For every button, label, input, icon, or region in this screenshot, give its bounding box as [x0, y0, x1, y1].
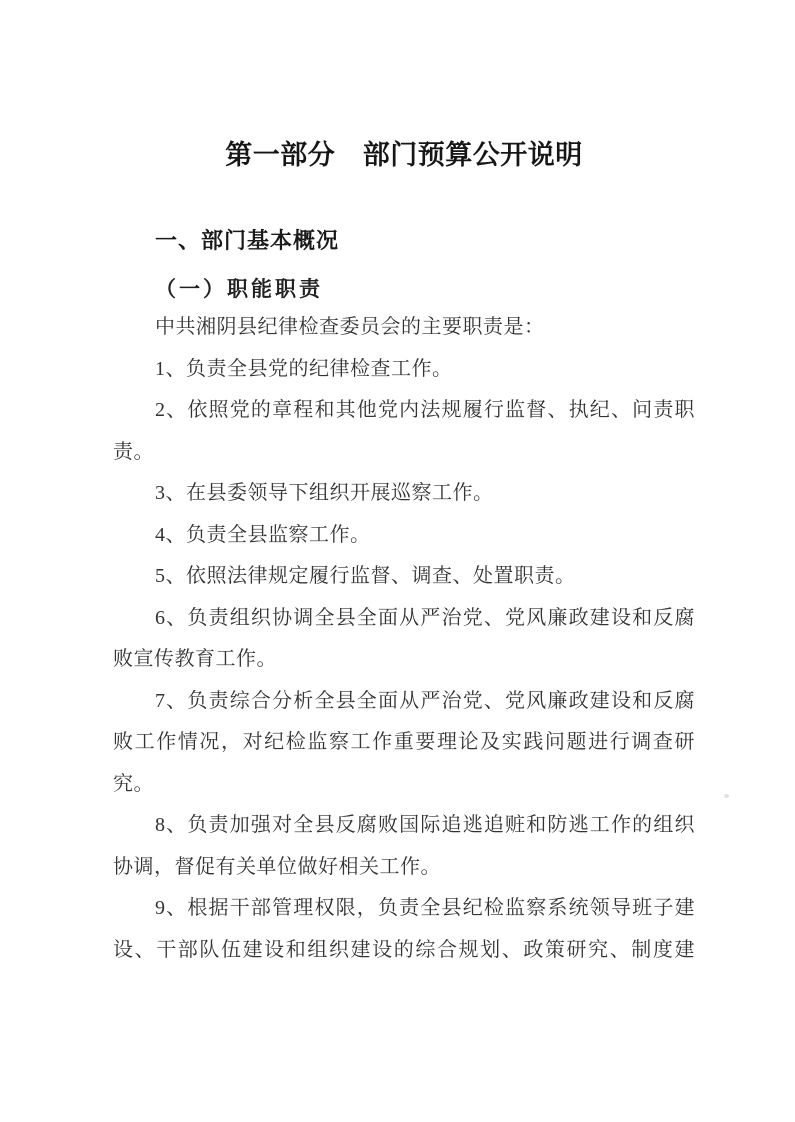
text-line: 3、在县委领导下组织开展巡察工作。: [113, 473, 695, 515]
text-line: 究。: [113, 764, 695, 806]
scan-artifact-dot: [724, 794, 729, 798]
document-content-area: 第一部分 部门预算公开说明 一、部门基本概况 （一）职能职责 中共湘阴县纪律检查…: [0, 0, 695, 971]
list-item-4: 4、负责全县监察工作。: [113, 515, 695, 557]
list-item-2: 2、依照党的章程和其他党内法规履行监督、执纪、问责职 责。: [113, 390, 695, 473]
intro-line: 中共湘阴县纪律检查委员会的主要职责是：: [113, 307, 695, 349]
text-line: 9、根据干部管理权限，负责全县纪检监察系统领导班子建: [113, 888, 695, 930]
text-line: 8、负责加强对全县反腐败国际追逃追赃和防逃工作的组织: [113, 805, 695, 847]
list-item-6: 6、负责组织协调全县全面从严治党、党风廉政建设和反腐 败宣传教育工作。: [113, 598, 695, 681]
list-item-7: 7、负责综合分析全县全面从严治党、党风廉政建设和反腐 败工作情况，对纪检监察工作…: [113, 681, 695, 806]
document-body: 中共湘阴县纪律检查委员会的主要职责是： 1、负责全县党的纪律检查工作。 2、依照…: [113, 307, 695, 971]
document-page: 第一部分 部门预算公开说明 一、部门基本概况 （一）职能职责 中共湘阴县纪律检查…: [0, 0, 795, 1122]
text-line: 6、负责组织协调全县全面从严治党、党风廉政建设和反腐: [113, 598, 695, 640]
text-line: 败宣传教育工作。: [113, 639, 695, 681]
subsection-heading: （一）职能职责: [113, 275, 695, 303]
text-line: 责。: [113, 432, 695, 474]
list-item-3: 3、在县委领导下组织开展巡察工作。: [113, 473, 695, 515]
text-line: 5、依照法律规定履行监督、调查、处置职责。: [113, 556, 695, 598]
list-item-9: 9、根据干部管理权限，负责全县纪检监察系统领导班子建 设、干部队伍建设和组织建设…: [113, 888, 695, 971]
section-heading: 一、部门基本概况: [113, 227, 695, 255]
text-line: 设、干部队伍建设和组织建设的综合规划、政策研究、制度建: [113, 930, 695, 972]
text-line: 协调，督促有关单位做好相关工作。: [113, 847, 695, 889]
text-line: 1、负责全县党的纪律检查工作。: [113, 349, 695, 391]
text-line: 4、负责全县监察工作。: [113, 515, 695, 557]
list-item-5: 5、依照法律规定履行监督、调查、处置职责。: [113, 556, 695, 598]
list-item-8: 8、负责加强对全县反腐败国际追逃追赃和防逃工作的组织 协调，督促有关单位做好相关…: [113, 805, 695, 888]
text-line: 7、负责综合分析全县全面从严治党、党风廉政建设和反腐: [113, 681, 695, 723]
text-line: 败工作情况，对纪检监察工作重要理论及实践问题进行调查研: [113, 722, 695, 764]
text-line: 2、依照党的章程和其他党内法规履行监督、执纪、问责职: [113, 390, 695, 432]
list-item-1: 1、负责全县党的纪律检查工作。: [113, 349, 695, 391]
document-title: 第一部分 部门预算公开说明: [113, 0, 695, 172]
